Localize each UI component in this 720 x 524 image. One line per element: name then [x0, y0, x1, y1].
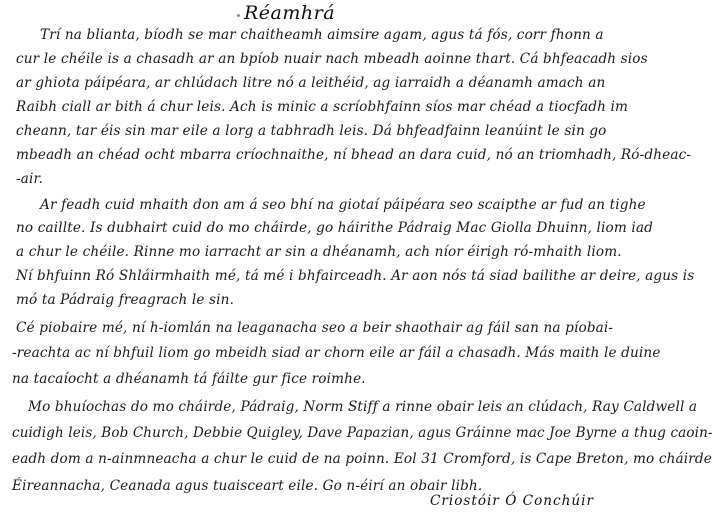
text-line: Raibh ciall ar bith á chur leis. Ach is …	[16, 98, 628, 116]
signature: Criostóir Ó Conchúir	[430, 492, 594, 510]
text-line: Cé piobaire mé, ní h-iomlán na leaganach…	[16, 319, 613, 337]
text-line: ar ghiota páipéara, ar chlúdach litre nó…	[16, 74, 605, 92]
text-line: eadh dom a n-ainmneacha a chur le cuid d…	[12, 450, 712, 468]
text-line: Ní bhfuinn Ró Shláirmhaith mé, tá mé i b…	[16, 267, 694, 285]
text-line: Trí na blianta, bíodh se mar chaitheamh …	[40, 26, 604, 44]
text-line: Ar feadh cuid mhaith don am á seo bhí na…	[40, 196, 646, 214]
text-line: no caillte. Is dubhairt cuid do mo cháir…	[16, 219, 653, 237]
text-line: Mo bhuíochas do mo cháirde, Pádraig, Nor…	[28, 398, 697, 416]
handwritten-document-page: Réamhrá Trí na blianta, bíodh se mar cha…	[0, 0, 720, 524]
text-line: Éireannacha, Ceanada agus tuaisceart eil…	[12, 477, 482, 495]
text-line: cur le chéile is a chasadh ar an bpíob n…	[16, 50, 648, 68]
document-title: Réamhrá	[244, 2, 335, 24]
text-line: cheann, tar éis sin mar eile a lorg a ta…	[16, 122, 607, 140]
text-line: -air.	[16, 170, 43, 188]
text-line: mbeadh an chéad ocht mbarra críochnaithe…	[16, 146, 691, 164]
text-line: a chur le chéile. Rinne mo iarracht ar s…	[16, 243, 622, 261]
text-line: -reachta ac ní bhfuil liom go mbeidh sia…	[12, 344, 661, 362]
text-line: mó ta Pádraig freagrach le sin.	[16, 291, 234, 309]
text-line: cuidigh leis, Bob Church, Debbie Quigley…	[12, 424, 713, 442]
ink-speck	[237, 14, 240, 17]
text-line: na tacaíocht a dhéanamh tá fáilte gur fi…	[12, 370, 366, 388]
